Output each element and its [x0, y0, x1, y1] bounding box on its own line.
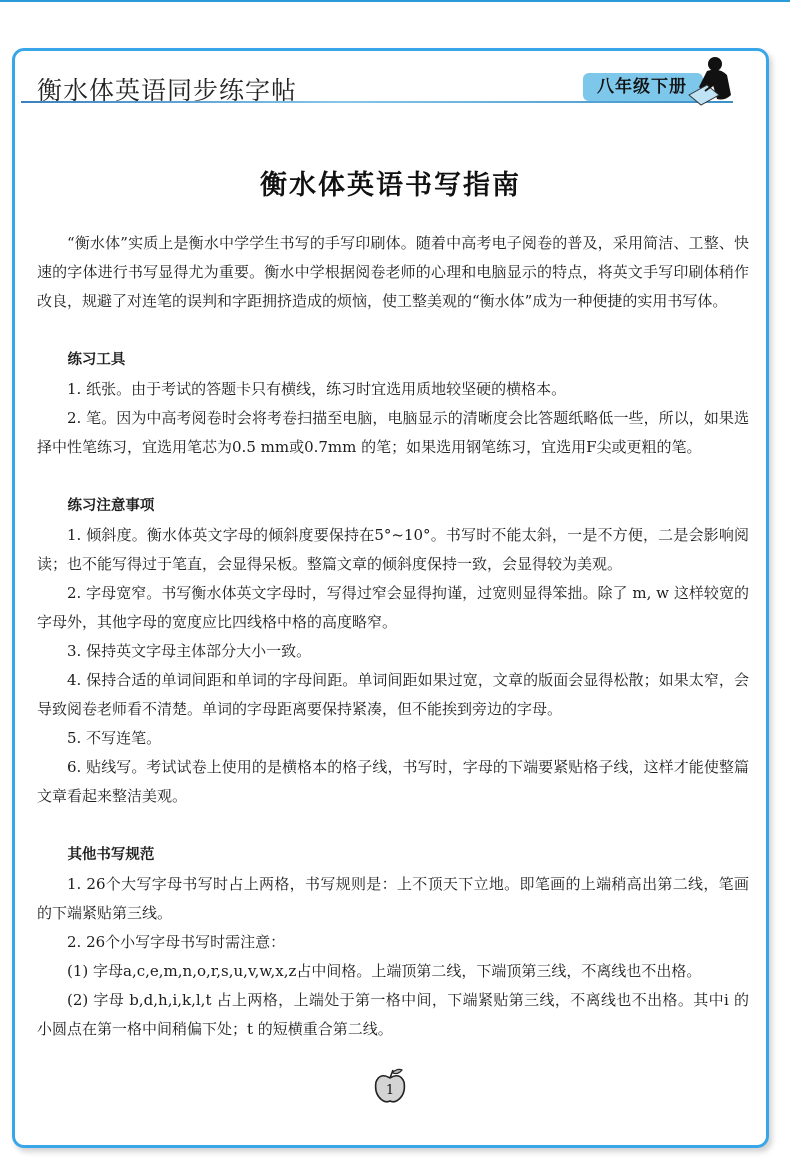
apple-icon: 1 — [370, 1066, 410, 1106]
header-divider — [21, 101, 733, 103]
list-item: 4. 保持合适的单词间距和单词的字母间距。单词间距如果过宽，文章的版面会显得松散… — [37, 666, 749, 724]
section-heading-other-rules: 其他书写规范 — [37, 841, 749, 870]
list-item: 5. 不写连笔。 — [37, 724, 749, 753]
list-item: 1. 纸张。由于考试的答题卡只有横线，练习时宜选用质地较坚硬的横格本。 — [37, 375, 749, 404]
top-rule — [0, 0, 790, 2]
list-item: 2. 26个小写字母书写时需注意： — [37, 928, 749, 957]
page-number: 1 — [386, 1083, 394, 1098]
list-item: 3. 保持英文字母主体部分大小一致。 — [37, 637, 749, 666]
list-item: 1. 26个大写字母书写时占上两格，书写规则是：上不顶天下立地。即笔画的上端稍高… — [37, 870, 749, 928]
page-title: 衡水体英语书写指南 — [15, 163, 766, 202]
guide-body: “衡水体”实质上是衡水中学学生书写的手写印刷体。随着中高考电子阅卷的普及，采用简… — [37, 229, 749, 1044]
list-item: (1) 字母a,c,e,m,n,o,r,s,u,v,w,x,z占中间格。上端顶第… — [37, 957, 749, 986]
list-item: 1. 倾斜度。衡水体英文字母的倾斜度要保持在5°~10°。书写时不能太斜，一是不… — [37, 521, 749, 579]
writer-at-desk-icon — [685, 55, 737, 107]
list-item: (2) 字母 b,d,h,i,k,l,t 占上两格，上端处于第一格中间，下端紧贴… — [37, 986, 749, 1044]
list-item: 6. 贴线写。考试试卷上使用的是横格本的格子线，书写时，字母的下端要紧贴格子线，… — [37, 753, 749, 811]
section-heading-notes: 练习注意事项 — [37, 492, 749, 521]
list-item: 2. 笔。因为中高考阅卷时会将考卷扫描至电脑，电脑显示的清晰度会比答题纸略低一些… — [37, 404, 749, 462]
section-heading-tools: 练习工具 — [37, 346, 749, 375]
intro-paragraph: “衡水体”实质上是衡水中学学生书写的手写印刷体。随着中高考电子阅卷的普及，采用简… — [37, 229, 749, 316]
list-item: 2. 字母宽窄。书写衡水体英文字母时，写得过窄会显得拘谨，过宽则显得笨拙。除了 … — [37, 579, 749, 637]
page-frame: 衡水体英语同步练字帖 八年级下册 衡水体英语书写指南 “衡水体”实质上是衡水中学… — [12, 48, 769, 1148]
